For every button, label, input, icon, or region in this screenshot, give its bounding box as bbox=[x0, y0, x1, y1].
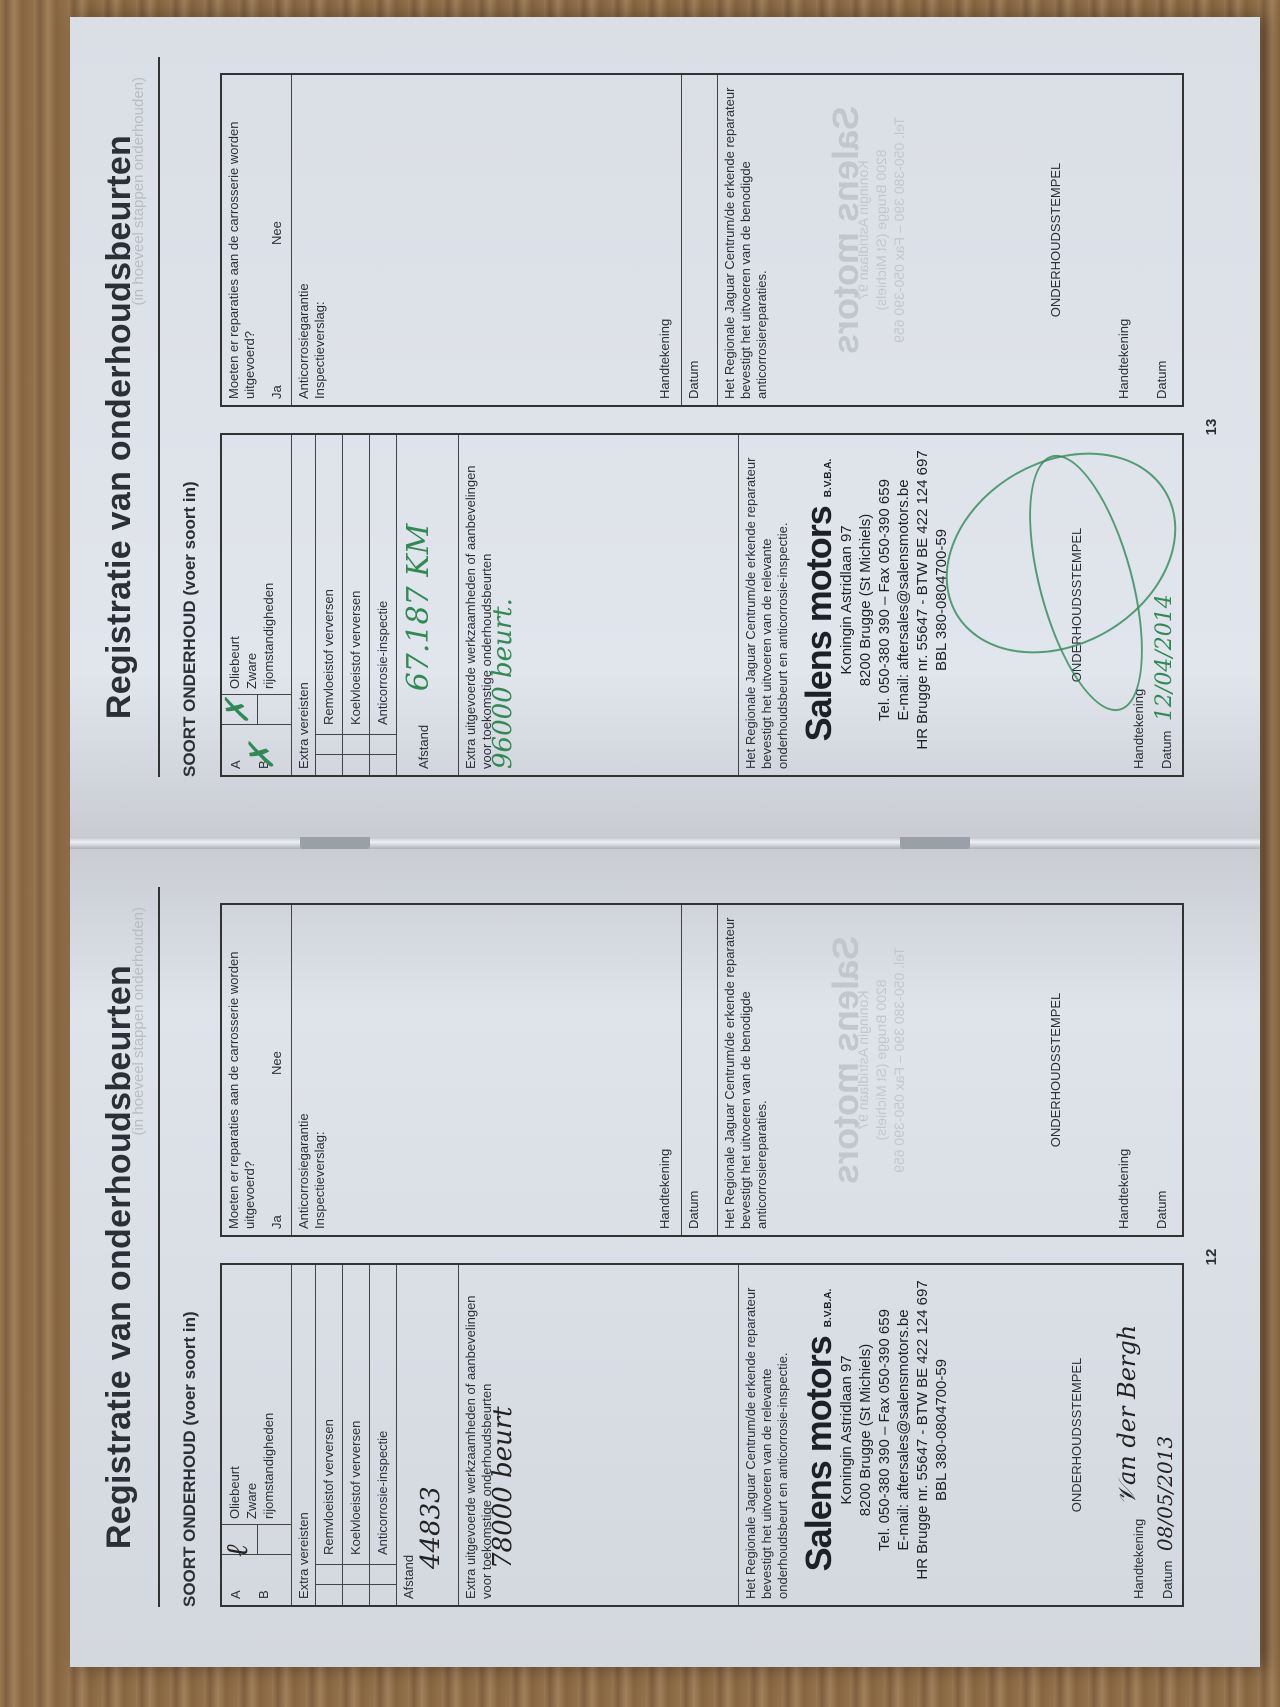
date-row: Datum bbox=[682, 75, 718, 405]
date-label: Datum bbox=[686, 1191, 701, 1229]
staple bbox=[900, 835, 970, 849]
confirm-corrosion-text: Het Regionale Jaguar Centrum/de erkende … bbox=[722, 81, 770, 399]
dealer-stamp: Salens motors B.V.B.A. Koningin Astridla… bbox=[811, 445, 951, 755]
extra-requirements: Extra vereisten Remvloeistof verversen K… bbox=[292, 1265, 397, 1605]
extra-header: Extra vereisten bbox=[292, 1265, 316, 1605]
date-row: Datum 12/04/2014 bbox=[1157, 594, 1175, 769]
extra-requirements: Extra vereisten Remvloeistof verversen K… bbox=[292, 435, 397, 775]
option-heavy-2: rijomstandigheden bbox=[260, 1413, 277, 1519]
inspection-label: Inspectieverslag: bbox=[312, 81, 328, 399]
date-row: Datum 08/05/2013 bbox=[1157, 1436, 1176, 1599]
checkmark-icon: ✗ bbox=[218, 698, 256, 725]
inspection-label: Inspectieverslag: bbox=[312, 911, 328, 1229]
works-row: Extra uitgevoerde werkzaamheden of aanbe… bbox=[459, 435, 739, 775]
confirm-corrosion-row: Het Regionale Jaguar Centrum/de erkende … bbox=[718, 905, 1182, 1235]
title-rule bbox=[158, 887, 160, 1607]
anticorrosion-label: Anticorrosiegarantie bbox=[296, 81, 312, 399]
faded-header: (in hoeveel stappen onderhouden) bbox=[130, 77, 147, 306]
dealer-city: 8200 Brugge (St Michiels) bbox=[856, 1275, 875, 1585]
distance-label: Afstand bbox=[416, 725, 431, 769]
section-subtitle: SOORT ONDERHOUD (voer soort in) bbox=[180, 481, 200, 777]
section-subtitle: SOORT ONDERHOUD (voer soort in) bbox=[180, 1311, 200, 1607]
distance-row: Afstand 44833 bbox=[397, 1265, 459, 1605]
no-option[interactable]: Nee bbox=[269, 1051, 285, 1075]
type-b-label: B bbox=[256, 1590, 271, 1599]
body-repair-text: Moeten er reparaties aan de carrosserie … bbox=[226, 81, 258, 399]
signature-label: Handtekening bbox=[1131, 689, 1147, 769]
option-heavy-1: Zware bbox=[243, 1413, 260, 1519]
stamp-label: ONDERHOUDSSTEMPEL bbox=[1048, 75, 1064, 405]
confirm-corrosion-row: Het Regionale Jaguar Centrum/de erkende … bbox=[718, 75, 1182, 405]
dealer-logo: Salens motors B.V.B.A. bbox=[811, 445, 837, 755]
date-label: Datum bbox=[1160, 1561, 1175, 1599]
option-oil: Oliebeurt bbox=[226, 1413, 243, 1519]
date-label: Datum bbox=[1154, 1191, 1170, 1229]
works-note[interactable]: 78000 beurt bbox=[495, 1271, 511, 1599]
dealer-email: E-mail: aftersales@salensmotors.be bbox=[894, 1275, 913, 1585]
signature-scrawl: 𝒱an der Bergh bbox=[1119, 1325, 1135, 1505]
corrosion-form: Moeten er reparaties aan de carrosserie … bbox=[220, 73, 1184, 407]
dealer-email: E-mail: aftersales@salensmotors.be bbox=[894, 445, 913, 755]
dealer-address: Koningin Astridlaan 97 bbox=[837, 445, 856, 755]
no-option[interactable]: Nee bbox=[269, 221, 285, 245]
confirm-row: Het Regionale Jaguar Centrum/de erkende … bbox=[739, 435, 1182, 775]
dealer-stamp: Salens motors B.V.B.A. Koningin Astridla… bbox=[811, 1275, 951, 1585]
checkmark-icon: ✗ bbox=[242, 743, 282, 772]
extra-brake-fluid[interactable]: Remvloeistof verversen bbox=[316, 1265, 343, 1605]
dealer-phone: Tel. 050-380 390 – Fax 050-390 659 bbox=[875, 445, 894, 755]
date-label: Datum bbox=[1154, 361, 1170, 399]
extra-anticorrosion[interactable]: Anticorrosie-inspectie bbox=[370, 1265, 397, 1605]
dealer-registry: HR Brugge nr. 55647 - BTW BE 422 124 697 bbox=[913, 445, 932, 755]
option-oil: Oliebeurt bbox=[226, 583, 243, 689]
extra-brake-fluid[interactable]: Remvloeistof verversen bbox=[316, 435, 343, 775]
type-a-label: A bbox=[228, 760, 243, 769]
signature-label: Handtekening bbox=[657, 1149, 673, 1229]
date-value[interactable]: 08/05/2013 bbox=[1153, 1436, 1177, 1551]
service-type-row: AB ℓ Oliebeurt Zware rijomstandigheden bbox=[222, 1265, 292, 1605]
works-note[interactable]: 96000 beurt. bbox=[495, 441, 511, 769]
confirm-service-text: Het Regionale Jaguar Centrum/de erkende … bbox=[743, 441, 791, 769]
service-booklet: Registratie van onderhoudsbeurten (in ho… bbox=[70, 17, 1260, 1667]
confirm-row: Het Regionale Jaguar Centrum/de erkende … bbox=[739, 1265, 1182, 1605]
service-form: AB ✗ ✗ Oliebeurt Zware rijomstandigheden… bbox=[220, 433, 1184, 777]
show-through-stamp: Salens motors Koningin Astridlaan 97 820… bbox=[838, 915, 908, 1205]
type-a-label: A bbox=[228, 1590, 243, 1599]
date-value[interactable]: 12/04/2014 bbox=[1152, 594, 1177, 721]
date-label: Datum bbox=[686, 361, 701, 399]
faded-header: (in hoeveel stappen onderhouden) bbox=[130, 907, 147, 1136]
date-row: Datum bbox=[682, 905, 718, 1235]
stamp-label: ONDERHOUDSSTEMPEL bbox=[1069, 1265, 1085, 1605]
extra-header: Extra vereisten bbox=[292, 435, 316, 775]
title-rule bbox=[158, 57, 160, 777]
option-heavy-2: rijomstandigheden bbox=[260, 583, 277, 689]
dealer-address: Koningin Astridlaan 97 bbox=[837, 1275, 856, 1585]
distance-label: Afstand bbox=[401, 1271, 416, 1599]
confirm-corrosion-text: Het Regionale Jaguar Centrum/de erkende … bbox=[722, 911, 770, 1229]
dealer-bank: BBL 380-0804700-59 bbox=[932, 1275, 951, 1585]
anticorrosion-label: Anticorrosiegarantie bbox=[296, 911, 312, 1229]
extra-anticorrosion[interactable]: Anticorrosie-inspectie bbox=[370, 435, 397, 775]
dealer-logo: Salens motors B.V.B.A. bbox=[811, 1275, 837, 1585]
page-13: Registratie van onderhoudsbeurten (in ho… bbox=[70, 17, 1260, 837]
signature-label: Handtekening bbox=[1116, 1149, 1132, 1229]
confirm-service-text: Het Regionale Jaguar Centrum/de erkende … bbox=[743, 1271, 791, 1599]
show-through-stamp: Salens motors Koningin Astridlaan 97 820… bbox=[838, 85, 908, 375]
rotated-stage: Registratie van onderhoudsbeurten (in ho… bbox=[0, 0, 1280, 1707]
dealer-phone: Tel. 050-380 390 – Fax 050-390 659 bbox=[875, 1275, 894, 1585]
yes-option[interactable]: Ja bbox=[269, 385, 285, 399]
service-form: AB ℓ Oliebeurt Zware rijomstandigheden E… bbox=[220, 1263, 1184, 1607]
extra-coolant[interactable]: Koelvloeistof verversen bbox=[343, 435, 370, 775]
anticorrosion-row: Anticorrosiegarantie Inspectieverslag: H… bbox=[292, 905, 682, 1235]
service-type-row: AB ✗ ✗ Oliebeurt Zware rijomstandigheden bbox=[222, 435, 292, 775]
date-label: Datum bbox=[1159, 731, 1174, 769]
stamp-label: ONDERHOUDSSTEMPEL bbox=[1048, 905, 1064, 1235]
dealer-city: 8200 Brugge (St Michiels) bbox=[856, 445, 875, 755]
yes-option[interactable]: Ja bbox=[269, 1215, 285, 1229]
page-12: Registratie van onderhoudsbeurten (in ho… bbox=[70, 847, 1260, 1667]
body-repair-question: Moeten er reparaties aan de carrosserie … bbox=[222, 905, 292, 1235]
distance-row: Afstand 67.187 KM bbox=[397, 435, 459, 775]
works-row: Extra uitgevoerde werkzaamheden of aanbe… bbox=[459, 1265, 739, 1605]
signature-label: Handtekening bbox=[1116, 319, 1132, 399]
dealer-registry: HR Brugge nr. 55647 - BTW BE 422 124 697 bbox=[913, 1275, 932, 1585]
page-number: 12 bbox=[1203, 847, 1220, 1667]
anticorrosion-row: Anticorrosiegarantie Inspectieverslag: H… bbox=[292, 75, 682, 405]
body-repair-text: Moeten er reparaties aan de carrosserie … bbox=[226, 911, 258, 1229]
checkmark-icon: ℓ bbox=[220, 1545, 255, 1558]
corrosion-form: Moeten er reparaties aan de carrosserie … bbox=[220, 903, 1184, 1237]
option-heavy-1: Zware bbox=[243, 583, 260, 689]
staple bbox=[300, 835, 370, 849]
page-number: 13 bbox=[1203, 17, 1220, 837]
distance-value[interactable]: 67.187 KM bbox=[401, 524, 436, 692]
booklet-spine bbox=[70, 835, 1260, 849]
distance-value[interactable]: 44833 bbox=[416, 1271, 446, 1599]
extra-coolant[interactable]: Koelvloeistof verversen bbox=[343, 1265, 370, 1605]
signature-label: Handtekening bbox=[1131, 1519, 1147, 1599]
signature-label: Handtekening bbox=[657, 319, 673, 399]
body-repair-question: Moeten er reparaties aan de carrosserie … bbox=[222, 75, 292, 405]
